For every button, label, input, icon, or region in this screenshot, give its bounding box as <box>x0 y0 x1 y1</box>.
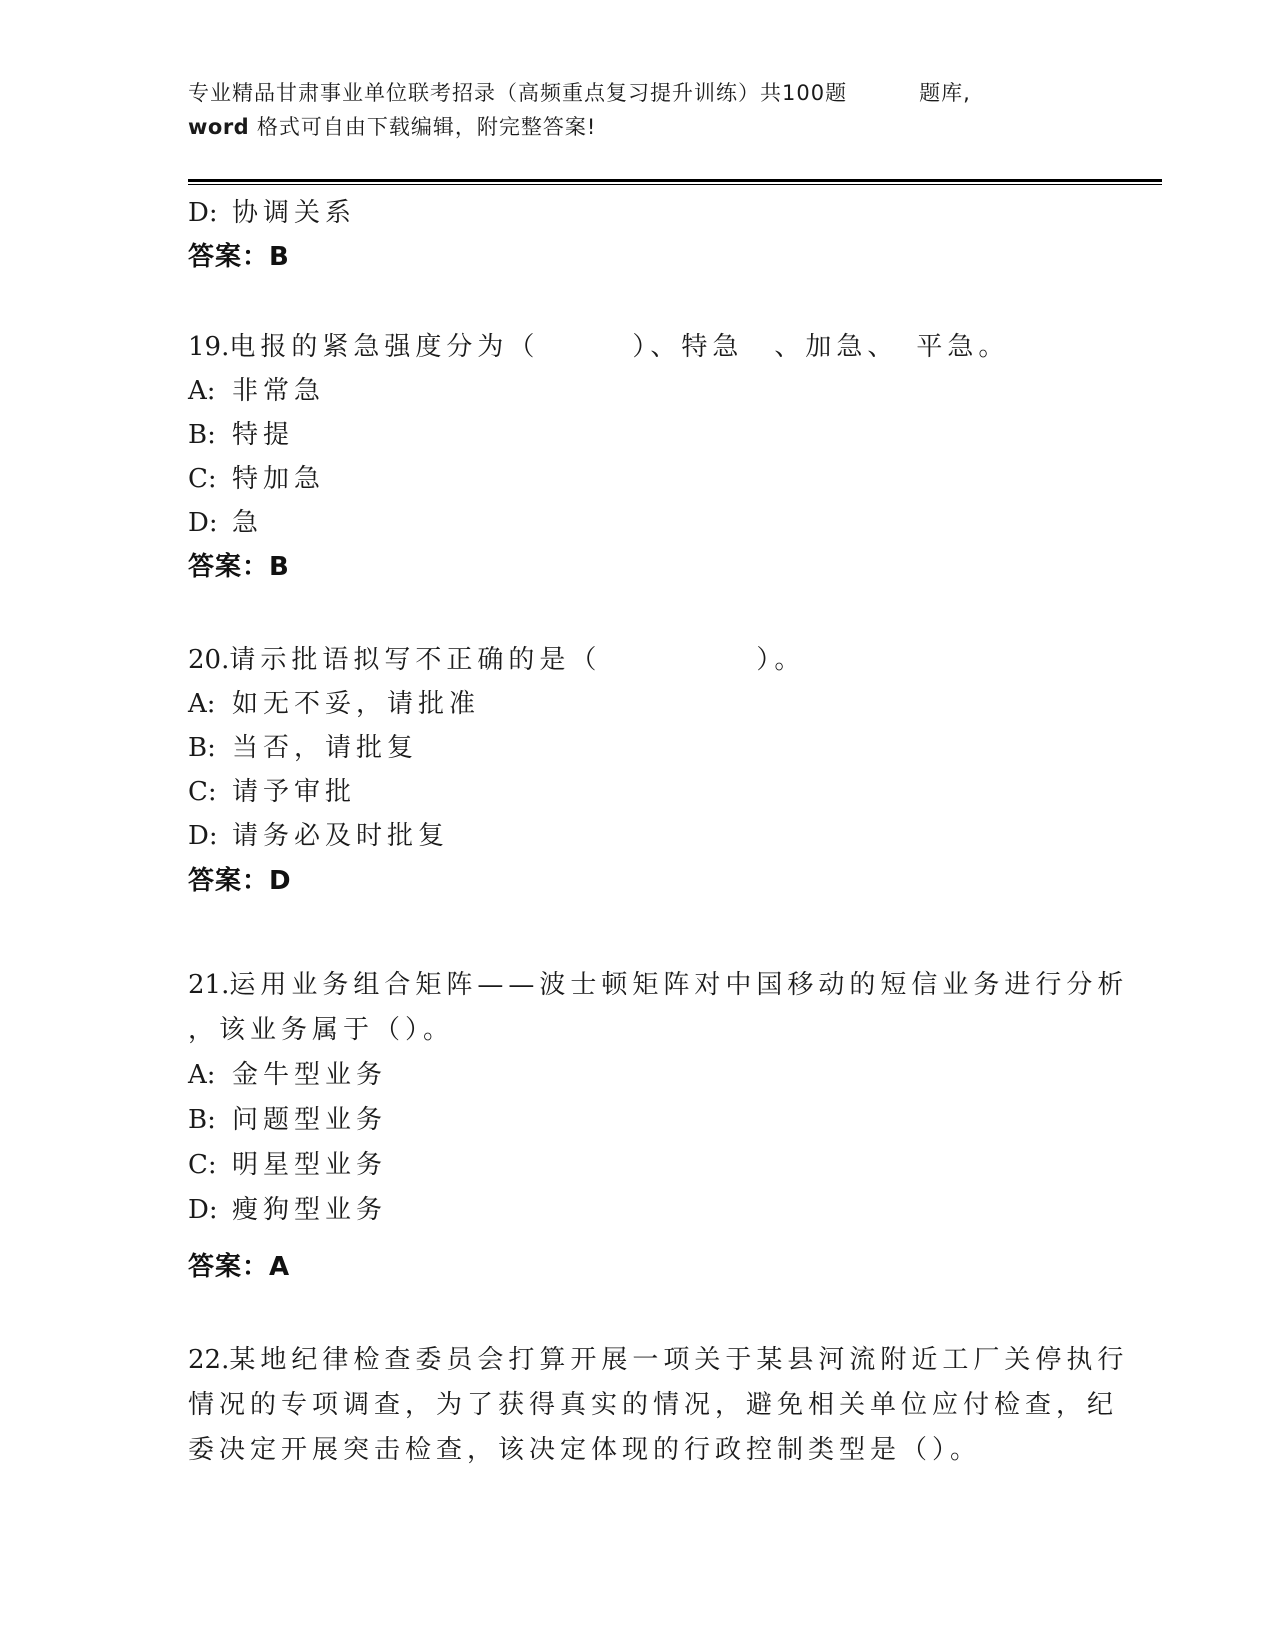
header-title-suffix: 题库, <box>919 81 971 105</box>
header-subtitle: 格式可自由下载编辑，附完整答案! <box>249 115 596 139</box>
option-letter: C: <box>188 775 232 809</box>
document-header: 专业精品甘肃事业单位联考招录（高频重点复习提升训练）共100题题库, word … <box>188 76 1088 144</box>
option-text: 问题型业务 <box>232 1105 387 1135</box>
option-letter: A: <box>188 687 232 721</box>
question-number: 20. <box>188 645 229 675</box>
header-word-label: word <box>188 115 249 139</box>
header-divider <box>188 179 1162 186</box>
question-20-stem: 20.请示批语拟写不正确的是（ ）。 <box>188 643 805 677</box>
option-a: A:如无不妥，请批准 <box>188 687 480 721</box>
option-c: C:特加急 <box>188 462 325 496</box>
answer-line: 答案：B <box>188 550 290 584</box>
answer-line: 答案：A <box>188 1250 290 1284</box>
option-text: 如无不妥，请批准 <box>232 689 480 719</box>
answer-line: 答案：D <box>188 864 292 898</box>
option-letter: D: <box>188 1193 232 1227</box>
option-d: D:瘦狗型业务 <box>188 1193 387 1227</box>
option-d: D:急 <box>188 506 263 540</box>
question-number: 22. <box>188 1345 229 1375</box>
question-22-stem-cont-2: 委决定开展突击检查，该决定体现的行政控制类型是（）。 <box>188 1433 981 1467</box>
option-letter: B: <box>188 731 232 765</box>
option-a: A:非常急 <box>188 374 325 408</box>
document-page: 专业精品甘肃事业单位联考招录（高频重点复习提升训练）共100题题库, word … <box>0 0 1275 1650</box>
option-text: 急 <box>232 508 263 538</box>
question-21-stem-cont: ，该业务属于（）。 <box>188 1013 454 1047</box>
option-b: B:问题型业务 <box>188 1103 387 1137</box>
question-19-stem: 19.电报的紧急强度分为（ ）、特急 、加急、 平急。 <box>188 330 1009 364</box>
option-text: 当否，请批复 <box>232 733 418 763</box>
option-b: B:特提 <box>188 418 294 452</box>
option-text: 协调关系 <box>232 198 356 228</box>
option-text: 瘦狗型业务 <box>232 1195 387 1225</box>
option-letter: B: <box>188 1103 232 1137</box>
question-number: 21. <box>188 970 229 1000</box>
question-text: 运用业务组合矩阵——波士顿矩阵对中国移动的短信业务进行分析 <box>229 970 1128 1000</box>
option-letter: A: <box>188 1058 232 1092</box>
option-text: 明星型业务 <box>232 1150 387 1180</box>
question-22-stem: 22.某地纪律检查委员会打算开展一项关于某县河流附近工厂关停执行 <box>188 1343 1128 1377</box>
answer-line: 答案：B <box>188 240 290 274</box>
option-letter: C: <box>188 1148 232 1182</box>
option-c: C:请予审批 <box>188 775 356 809</box>
option-b: B:当否，请批复 <box>188 731 418 765</box>
option-text: 特提 <box>232 420 294 450</box>
option-text: 特加急 <box>232 464 325 494</box>
option-d: D:请务必及时批复 <box>188 819 449 853</box>
option-a: A:金牛型业务 <box>188 1058 387 1092</box>
header-title: 专业精品甘肃事业单位联考招录（高频重点复习提升训练）共100题 <box>188 81 847 105</box>
question-text: 请示批语拟写不正确的是（ ）。 <box>229 645 805 675</box>
option-d: D:协调关系 <box>188 196 356 230</box>
option-c: C:明星型业务 <box>188 1148 387 1182</box>
header-divider-thin <box>188 184 1162 185</box>
question-text: 某地纪律检查委员会打算开展一项关于某县河流附近工厂关停执行 <box>229 1345 1128 1375</box>
option-text: 请予审批 <box>232 777 356 807</box>
question-number: 19. <box>188 332 229 362</box>
header-divider-thick <box>188 179 1162 182</box>
option-letter: D: <box>188 819 232 853</box>
question-22-stem-cont-1: 情况的专项调查，为了获得真实的情况，避免相关单位应付检查，纪 <box>188 1388 1118 1422</box>
option-letter: B: <box>188 418 232 452</box>
option-text: 非常急 <box>232 376 325 406</box>
question-text: 电报的紧急强度分为（ ）、特急 、加急、 平急。 <box>229 332 1009 362</box>
option-text: 金牛型业务 <box>232 1060 387 1090</box>
option-letter: C: <box>188 462 232 496</box>
option-letter: D: <box>188 196 232 230</box>
option-letter: A: <box>188 374 232 408</box>
option-text: 请务必及时批复 <box>232 821 449 851</box>
header-line-1: 专业精品甘肃事业单位联考招录（高频重点复习提升训练）共100题题库, <box>188 76 1088 110</box>
option-letter: D: <box>188 506 232 540</box>
header-line-2: word 格式可自由下载编辑，附完整答案! <box>188 110 1088 144</box>
question-21-stem: 21.运用业务组合矩阵——波士顿矩阵对中国移动的短信业务进行分析 <box>188 968 1128 1002</box>
